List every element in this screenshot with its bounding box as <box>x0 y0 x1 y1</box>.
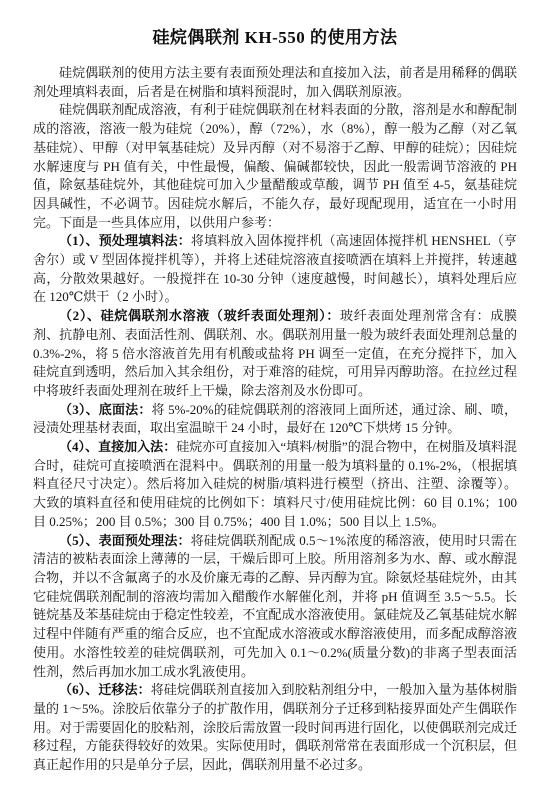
section-1-pretreat-filler-method: （1）、预处理填料法：将填料放入固体搅拌机（高速固体搅拌机 HENSHEL（亨舍… <box>33 232 517 307</box>
paragraph-text: 硅烷偶联剂配成溶液，有利于硅烷偶联剂在材料表面的分散，溶剂是水和醇配制成的溶液，… <box>33 102 517 229</box>
section-2-label: （2）、硅烷偶联剂水溶液（玻纤表面处理剂）： <box>59 308 340 323</box>
intro-paragraph-2: 硅烷偶联剂配成溶液，有利于硅烷偶联剂在材料表面的分散，溶剂是水和醇配制成的溶液，… <box>33 101 517 232</box>
section-4-label: （4）、直接加入法： <box>59 439 176 454</box>
section-5-surface-pretreatment-method: （5）、表面预处理法：将硅烷偶联剂配成 0.5～1%浓度的稀溶液，使用时只需在清… <box>33 532 517 682</box>
intro-paragraph-1: 硅烷偶联剂的使用方法主要有表面预处理法和直接加入法，前者是用稀释的偶联剂处理填料… <box>33 64 517 101</box>
section-2-silane-aqueous-solution: （2）、硅烷偶联剂水溶液（玻纤表面处理剂）：玻纤表面处理剂常含有：成膜剂、抗静电… <box>33 307 517 401</box>
section-5-text: 将硅烷偶联剂配成 0.5～1%浓度的稀溶液，使用时只需在清洁的被粘表面涂上薄薄的… <box>33 533 517 679</box>
paragraph-text: 硅烷偶联剂的使用方法主要有表面预处理法和直接加入法，前者是用稀释的偶联剂处理填料… <box>33 65 517 99</box>
section-6-label: （6）、迁移法： <box>59 682 151 697</box>
section-6-migration-method: （6）、迁移法：将硅烷偶联剂直接加入到胶粘剂组分中，一般加入量为基体树脂量的 1… <box>33 681 517 775</box>
section-1-label: （1）、预处理填料法： <box>59 233 191 248</box>
section-3-label: （3）、底面法： <box>59 402 152 417</box>
section-3-primer-method: （3）、底面法：将 5%-20%的硅烷偶联剂的溶液同上面所述，通过涂、刷、喷，浸… <box>33 401 517 438</box>
page-title: 硅烷偶联剂 KH-550 的使用方法 <box>33 25 517 51</box>
document-page: 硅烷偶联剂 KH-550 的使用方法 硅烷偶联剂的使用方法主要有表面预处理法和直… <box>0 0 550 800</box>
section-5-label: （5）、表面预处理法： <box>59 533 191 548</box>
section-4-direct-addition-method: （4）、直接加入法：硅烷亦可直接加入“填料/树脂”的混合物中，在树脂及填料混合时… <box>33 438 517 532</box>
